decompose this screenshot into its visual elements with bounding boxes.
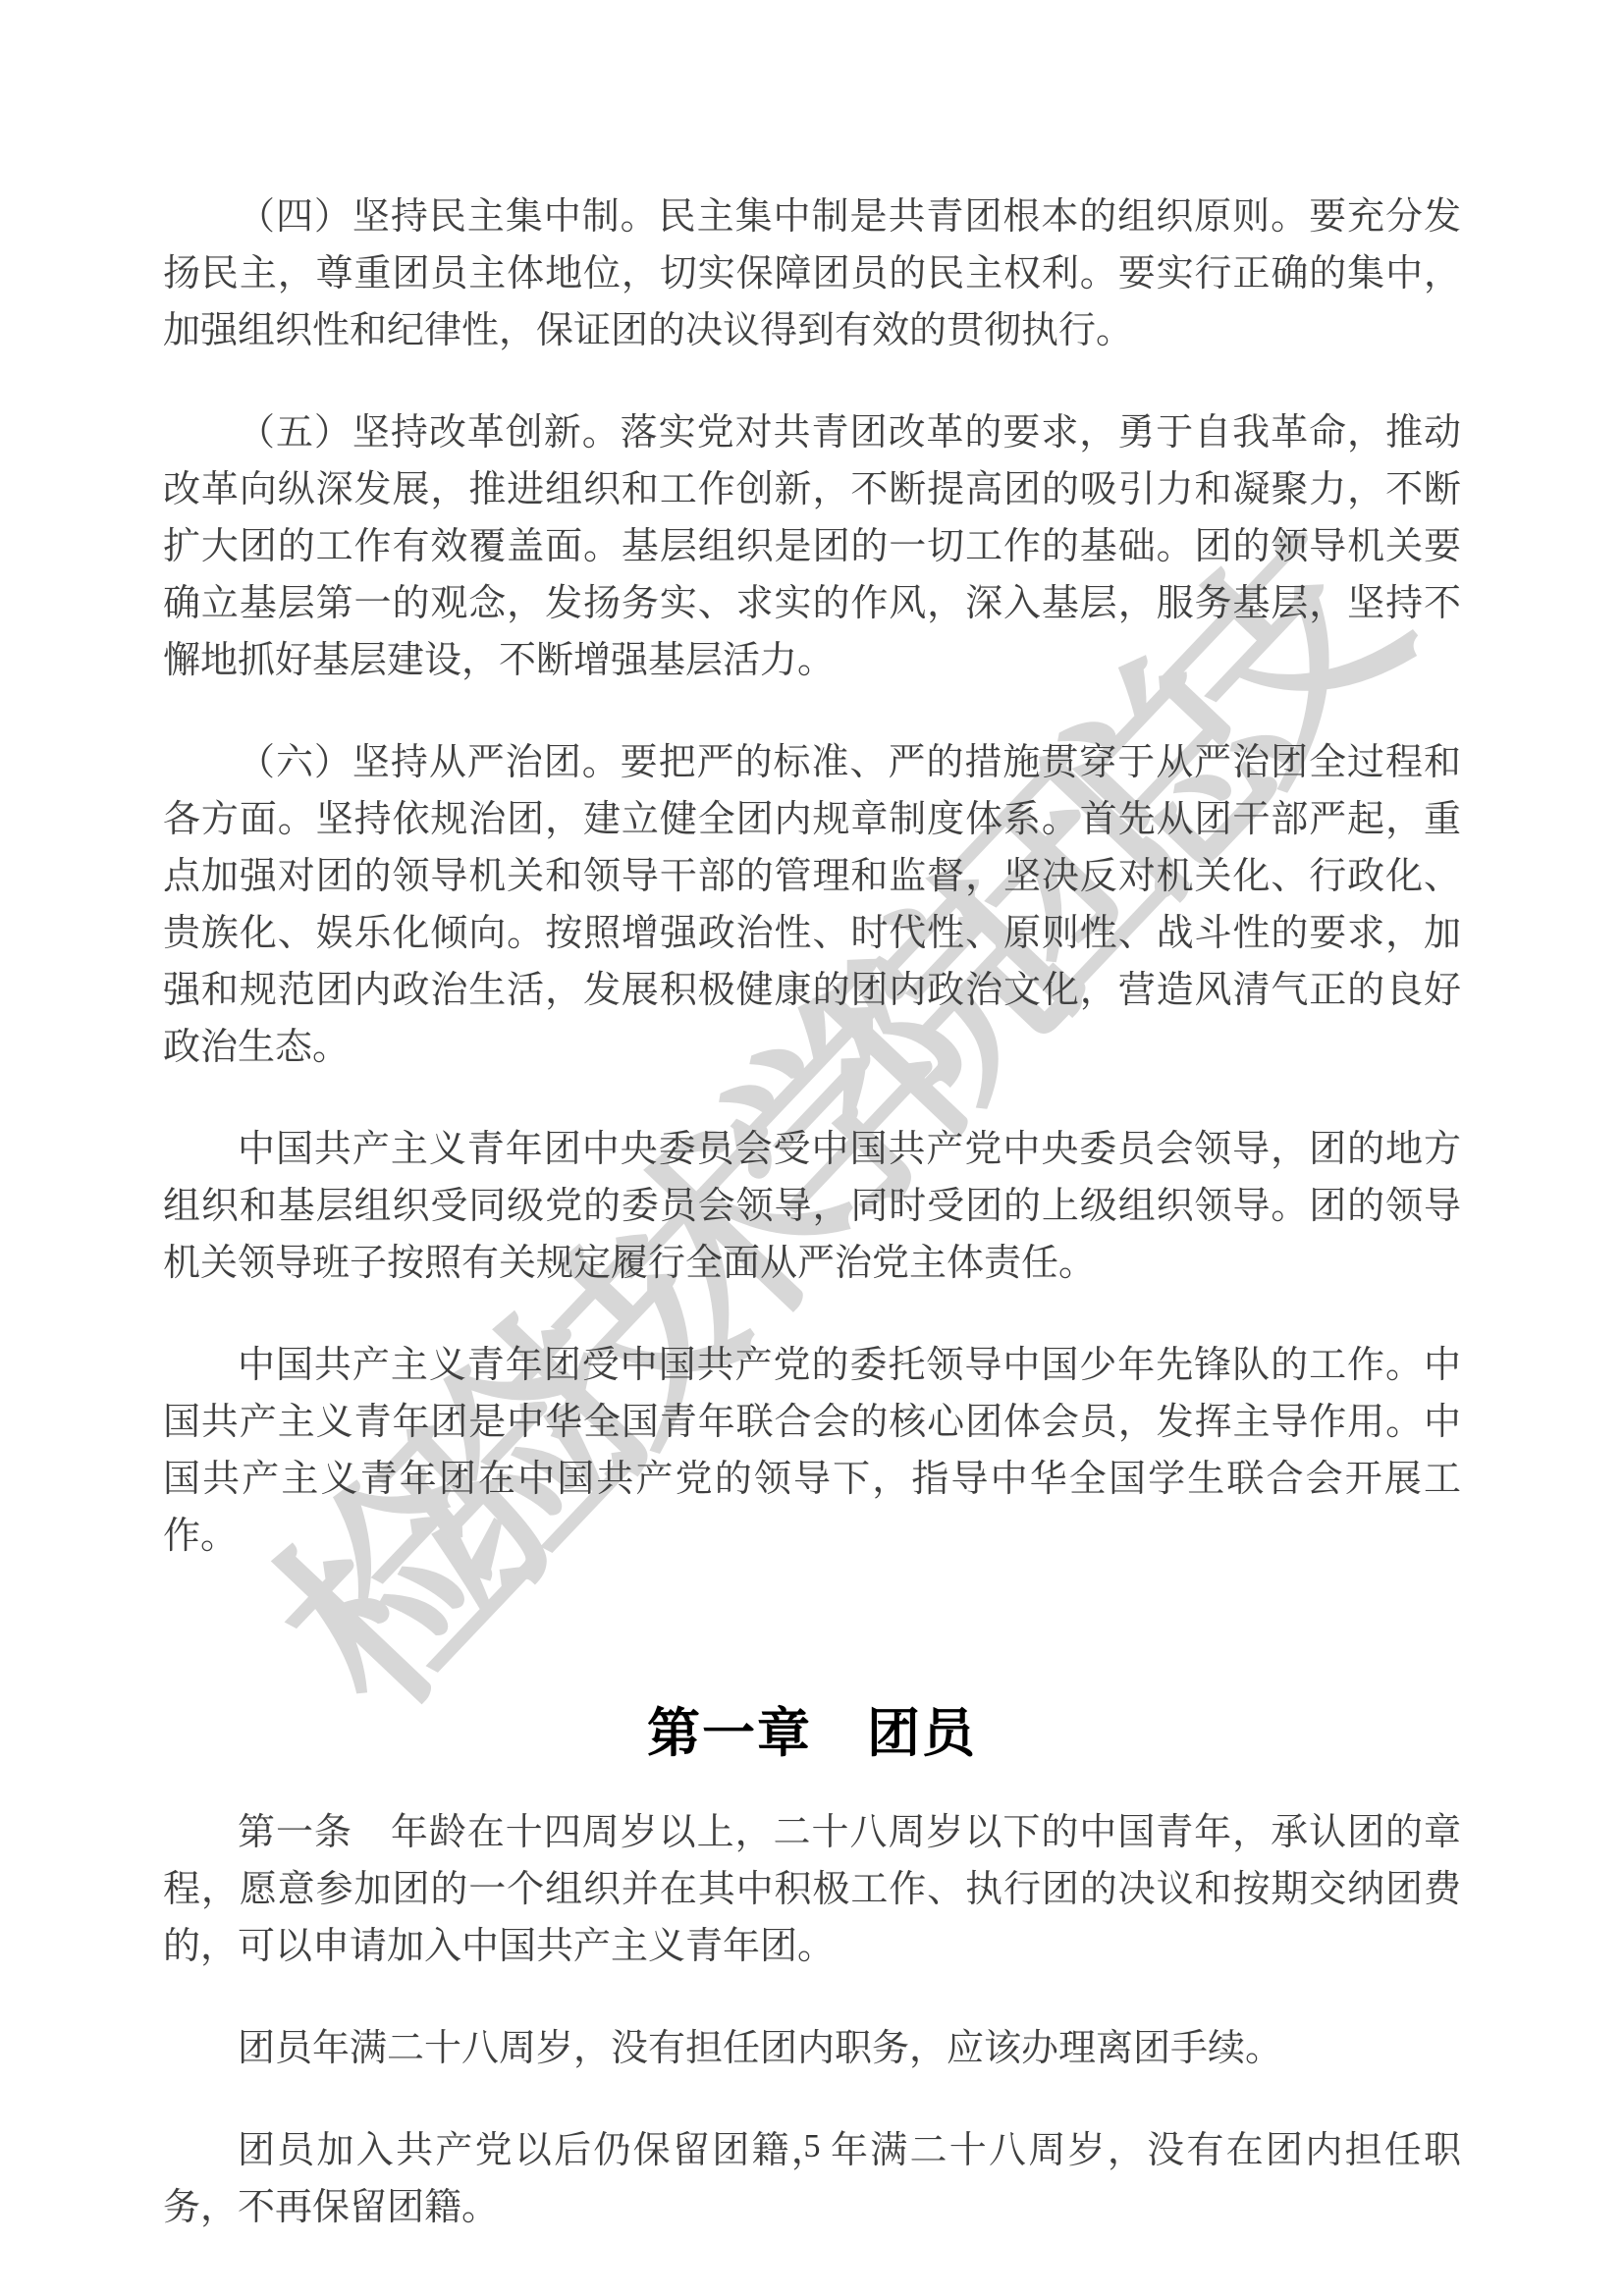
- body-paragraph: 中国共产主义青年团中央委员会受中国共产党中央委员会领导，团的地方组织和基层组织受…: [163, 1121, 1461, 1292]
- page-number: 5: [0, 2128, 1624, 2165]
- chapter-heading: 第一章 团员: [163, 1692, 1461, 1775]
- body-paragraph: （五）坚持改革创新。落实党对共青团改革的要求，勇于自我革命，推动改革向纵深发展，…: [163, 404, 1461, 689]
- body-paragraph: （六）坚持从严治团。要把严的标准、严的措施贯穿于从严治团全过程和各方面。坚持依规…: [163, 734, 1461, 1076]
- document-page: 检验技术学院团总支 （四）坚持民主集中制。民主集中制是共青团根本的组织原则。要充…: [0, 0, 1624, 2296]
- body-paragraph: 中国共产主义青年团受中国共产党的委托领导中国少年先锋队的工作。中国共产主义青年团…: [163, 1337, 1461, 1565]
- body-paragraph: 第一条 年龄在十四周岁以上，二十八周岁以下的中国青年，承认团的章程，愿意参加团的…: [163, 1804, 1461, 1975]
- body-paragraph: 团员年满二十八周岁，没有担任团内职务，应该办理离团手续。: [163, 2020, 1461, 2077]
- body-paragraph: （四）坚持民主集中制。民主集中制是共青团根本的组织原则。要充分发扬民主，尊重团员…: [163, 188, 1461, 359]
- document-body: （四）坚持民主集中制。民主集中制是共青团根本的组织原则。要充分发扬民主，尊重团员…: [163, 188, 1461, 2281]
